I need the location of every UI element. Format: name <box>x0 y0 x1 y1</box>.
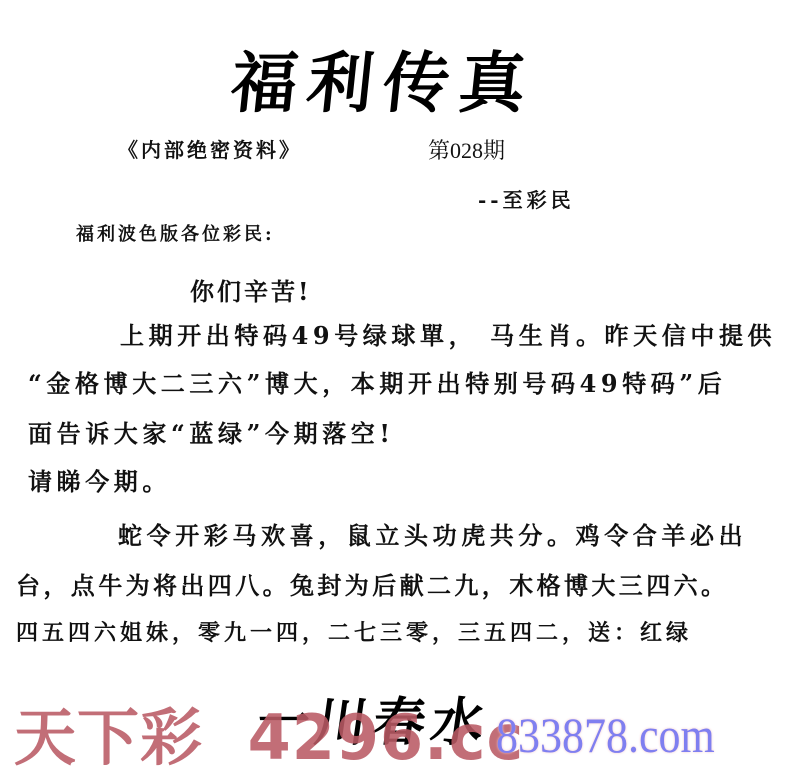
paragraph1-line1: 上期开出特码49号绿球單， 马生肖。昨天信中提供 <box>120 316 776 351</box>
watermark-site-red: 天下彩 4296.cc <box>14 688 524 772</box>
issue-number: 第028期 <box>428 134 505 165</box>
paragraph1-line4: 请睇今期。 <box>28 462 171 497</box>
watermark-site-domain: 4296.cc <box>248 701 525 772</box>
paragraph2-line3: 四五四六姐妹，零九一四，二七三零，三五四二，送：红绿 <box>16 616 692 647</box>
watermark-site2-domain: 833878.com <box>496 706 715 764</box>
watermark-site-cn: 天下彩 <box>14 701 203 772</box>
paragraph2-line1: 蛇令开彩马欢喜，鼠立头功虎共分。鸡令合羊必出 <box>118 516 747 551</box>
paragraph1-line2: “金格博大二三六”博大，本期开出特别号码49特码”后 <box>28 364 726 399</box>
author-line: --至彩民 <box>478 184 575 213</box>
paragraph1-line3: 面告诉大家“蓝绿”今期落空! <box>28 414 395 449</box>
salutation: 福利波色版各位彩民: <box>76 220 275 246</box>
document-title: 福利传真 <box>227 30 541 125</box>
subtitle-confidential: 《内部绝密资料》 <box>118 134 302 163</box>
paragraph2-line2: 台，点牛为将出四八。兔封为后献二九，木格博大三四六。 <box>16 566 728 601</box>
greeting: 你们辛苦! <box>190 272 312 307</box>
